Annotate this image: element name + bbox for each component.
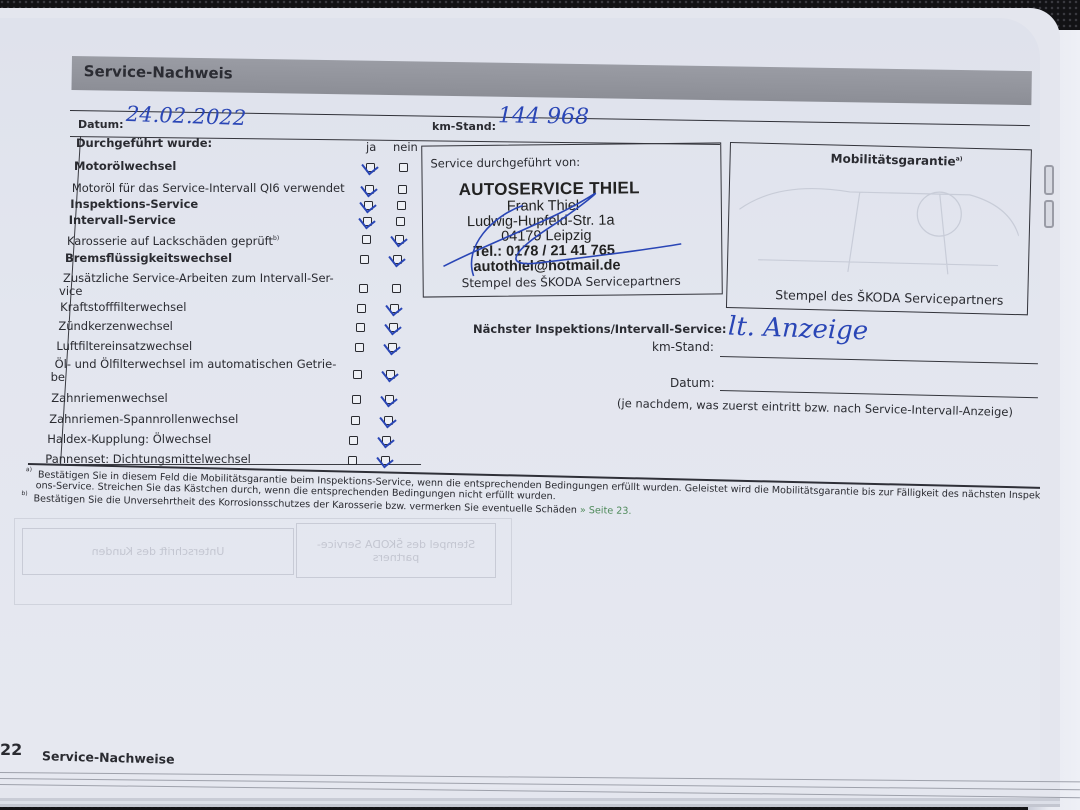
checklist-item-label: Intervall-Service: [69, 214, 176, 227]
checkbox-nein[interactable]: [384, 416, 393, 425]
checklist-item-label: Zusätzliche Service-Arbeiten zum Interva…: [63, 272, 334, 285]
next-date-label: Datum:: [670, 376, 715, 390]
stamp-company: AUTOSERVICE THIEL: [459, 178, 640, 200]
date-label: Datum:: [78, 118, 124, 131]
checklist-item-label: Motoröl für das Service-Intervall QI6 ve…: [72, 182, 345, 195]
checkbox-nein[interactable]: [399, 163, 408, 172]
stamp-email: autothiel@hotmail.de: [459, 258, 640, 275]
mobility-footnote-marker: a): [956, 156, 963, 163]
checkbox-ja[interactable]: [362, 235, 371, 244]
checklist-item-label: Motorölwechsel: [74, 160, 176, 173]
checkbox-ja[interactable]: [366, 163, 375, 172]
booklet-page: Service-Nachweis Datum: 24.02.2022 km-St…: [0, 18, 1040, 788]
next-service-note: (je nachdem, was zuerst eintritt bzw. na…: [617, 396, 1013, 419]
checklist-heading: Durchgeführt wurde:: [76, 136, 212, 150]
checkbox-ja[interactable]: [352, 395, 361, 404]
checkbox-ja[interactable]: [357, 304, 366, 313]
checkbox-ja[interactable]: [365, 185, 374, 194]
checkbox-nein[interactable]: [382, 436, 391, 445]
checkbox-ja[interactable]: [349, 436, 358, 445]
checklist-item-label: Inspektions-Service: [70, 198, 198, 211]
section-header-band: Service-Nachweis: [71, 56, 1031, 105]
mobility-guarantee-title: Mobilitätsgarantiea): [830, 151, 962, 168]
checkbox-nein[interactable]: [389, 323, 398, 332]
footnote-a-marker: a): [26, 466, 32, 473]
checkbox-nein[interactable]: [390, 304, 399, 313]
checkbox-nein[interactable]: [385, 395, 394, 404]
checkbox-nein[interactable]: [392, 284, 401, 293]
checkbox-nein[interactable]: [393, 255, 402, 264]
footnote-marker: b): [273, 235, 279, 242]
checkbox-ja[interactable]: [360, 255, 369, 264]
next-date-underline: [720, 390, 1038, 398]
footnotes: a)Bestätigen Sie in diesem Feld die Mobi…: [22, 468, 1040, 490]
service-partner-box: Service durchgeführt von: AUTOSERVICE TH…: [421, 142, 723, 297]
mobility-stamp-caption: Stempel des ŠKODA Servicepartners: [775, 287, 1004, 308]
staple-icon: [1044, 165, 1054, 195]
checkbox-ja[interactable]: [359, 284, 368, 293]
checklist-item-label: Haldex-Kupplung: Ölwechsel: [47, 433, 211, 446]
next-km-label: km-Stand:: [652, 340, 714, 354]
checklist-item-label-continued: vice: [59, 285, 82, 298]
checklist-item-label: Öl- und Ölfilterwechsel im automatischen…: [55, 358, 337, 371]
km-label: km-Stand:: [432, 120, 496, 133]
checkbox-nein[interactable]: [386, 370, 395, 379]
next-km-value[interactable]: lt. Anzeige: [728, 312, 869, 347]
checkbox-nein[interactable]: [381, 456, 390, 465]
checklist-item-label: Kraftstofffilterwechsel: [60, 301, 186, 314]
checkbox-nein[interactable]: [398, 185, 407, 194]
col-yes-header: ja: [366, 140, 376, 154]
booklet-page-stack: Service-Nachweis Datum: 24.02.2022 km-St…: [0, 8, 1060, 798]
checkbox-ja[interactable]: [363, 217, 372, 226]
checkbox-nein[interactable]: [388, 343, 397, 352]
section-title: Service-Nachweis: [84, 62, 233, 82]
checklist-item-label: Zahnriemenwechsel: [51, 392, 167, 405]
checklist-item-label: Bremsflüssigkeitswechsel: [65, 252, 232, 265]
service-partner-heading: Service durchgeführt von:: [430, 155, 580, 171]
checklist-item-label-continued: be: [51, 371, 65, 384]
page-section-title: Service-Nachweise: [42, 748, 175, 766]
page-number: 22: [0, 740, 22, 759]
checkbox-nein[interactable]: [396, 217, 405, 226]
checkbox-nein[interactable]: [395, 235, 404, 244]
service-partner-stamp-caption: Stempel des ŠKODA Servicepartners: [462, 274, 681, 290]
mobility-guarantee-box: Mobilitätsgarantiea) Stempel des ŠKODA S…: [726, 142, 1032, 315]
dealer-stamp: AUTOSERVICE THIEL Frank Thiel Ludwig-Hup…: [459, 178, 641, 275]
checklist-item-label: Karosserie auf Lackschäden geprüftb): [67, 232, 279, 248]
checkbox-ja[interactable]: [356, 323, 365, 332]
footnote-b-marker: b): [21, 490, 27, 497]
col-no-header: nein: [393, 140, 418, 154]
next-km-underline: [720, 356, 1038, 364]
next-service-heading: Nächster Inspektions/Intervall-Service:: [473, 322, 727, 336]
checklist-item-label: Zahnriemen-Spannrollenwechsel: [49, 413, 238, 426]
checkbox-ja[interactable]: [355, 343, 364, 352]
page-23-link[interactable]: » Seite 23.: [580, 505, 632, 517]
checklist-item-label: Zündkerzenwechsel: [58, 320, 173, 333]
bleed-through-car-drawing: [738, 169, 1021, 286]
bleed-through-frame: [14, 518, 512, 605]
checkbox-ja[interactable]: [351, 416, 360, 425]
staple-icon: [1044, 200, 1054, 228]
checkbox-ja[interactable]: [353, 370, 362, 379]
page-edge-lines: [0, 770, 1080, 800]
mobility-title-text: Mobilitätsgarantie: [830, 151, 955, 168]
checkbox-ja[interactable]: [364, 201, 373, 210]
checklist-item-label: Luftfiltereinsatzwechsel: [56, 340, 192, 353]
service-date-value[interactable]: 24.02.2022: [126, 102, 247, 130]
checkbox-nein[interactable]: [397, 201, 406, 210]
km-value[interactable]: 144 968: [498, 103, 589, 130]
checkbox-ja[interactable]: [348, 456, 357, 465]
